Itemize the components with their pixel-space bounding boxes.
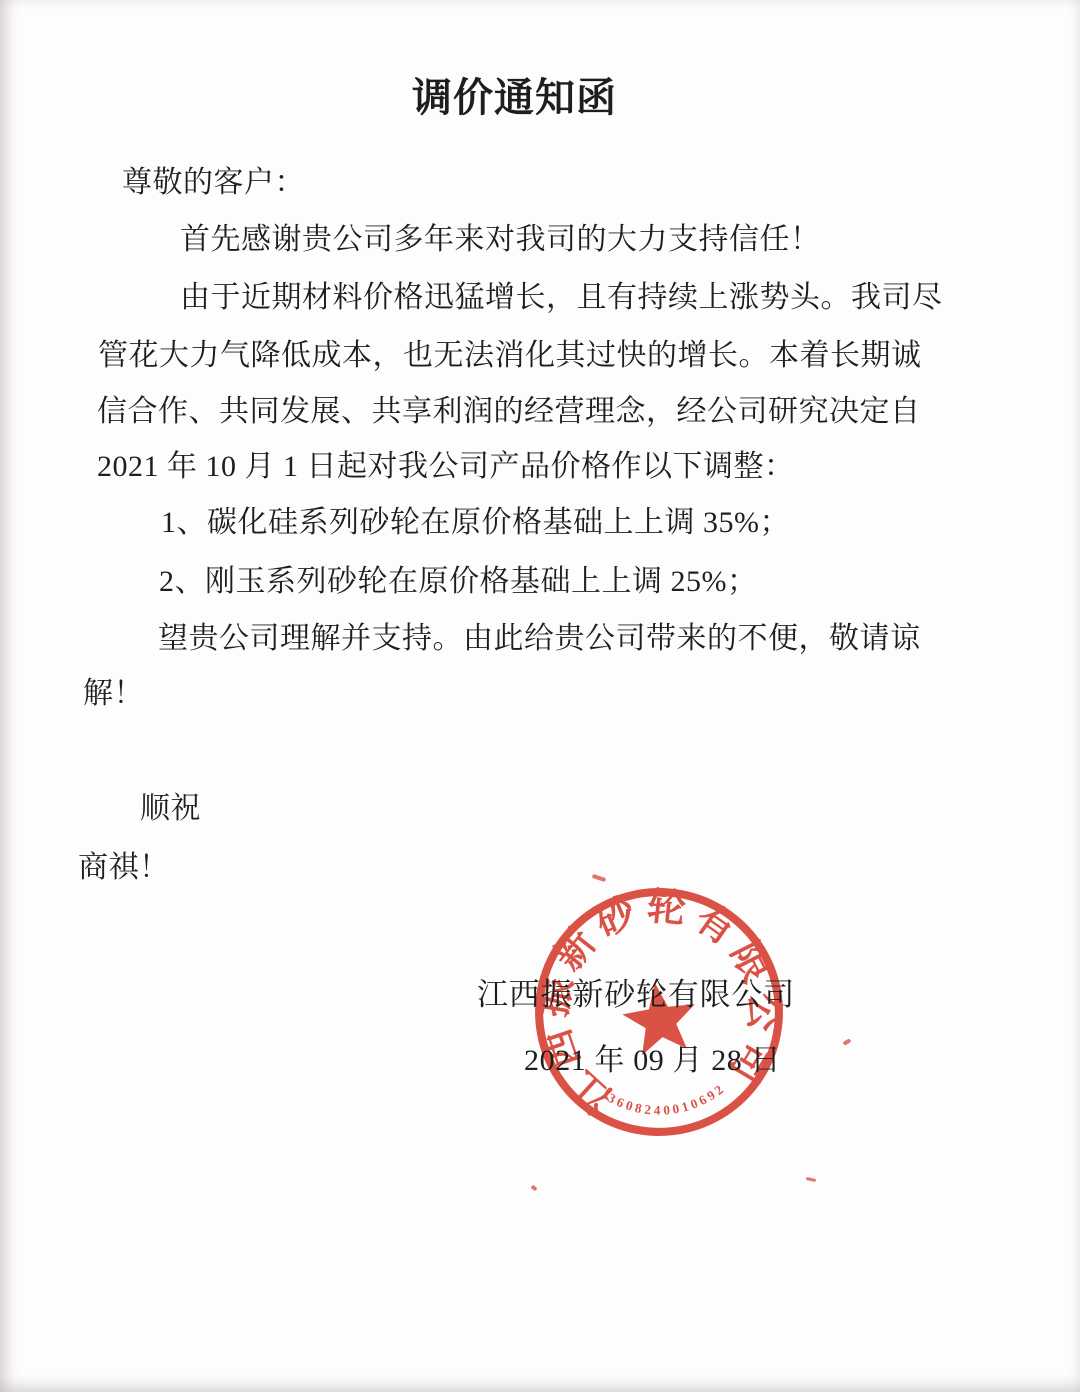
signature-date: 2021 年 09 月 28 日 bbox=[524, 1035, 781, 1079]
body-line-effective-date: 2021 年 10 月 1 日起对我公司产品价格作以下调整： bbox=[97, 441, 795, 485]
closing-wish-line-1: 顺祝 bbox=[140, 783, 201, 827]
body-line-reason-1: 由于近期材料价格迅猛增长，且有持续上涨势头。我司尽 bbox=[180, 272, 943, 316]
adjustment-item-1: 1、碳化硅系列砂轮在原价格基础上上调 35%； bbox=[161, 497, 790, 541]
adjustment-item-2: 2、刚玉系列砂轮在原价格基础上上调 25%； bbox=[159, 556, 758, 600]
closing-wish-line-2: 商祺！ bbox=[78, 842, 170, 886]
ink-speck bbox=[843, 1038, 852, 1045]
salutation-line: 尊敬的客户： bbox=[122, 157, 305, 201]
body-line-reason-3: 信合作、共同发展、共享利润的经营理念，经公司研究决定自 bbox=[97, 386, 921, 430]
ink-speck bbox=[592, 874, 607, 882]
body-line-apology-1: 望贵公司理解并支持。由此给贵公司带来的不便，敬请谅 bbox=[158, 613, 921, 657]
signature-company-name: 江西振新砂轮有限公司 bbox=[477, 969, 795, 1014]
body-line-thanks: 首先感谢贵公司多年来对我司的大力支持信任！ bbox=[180, 214, 821, 258]
scanned-letter-page: 调价通知函 尊敬的客户： 首先感谢贵公司多年来对我司的大力支持信任！ 由于近期材… bbox=[0, 0, 1080, 1392]
document-title: 调价通知函 bbox=[412, 66, 617, 123]
ink-speck bbox=[530, 1185, 537, 1192]
body-line-reason-2: 管花大力气降低成本，也无法消化其过快的增长。本着长期诚 bbox=[98, 330, 922, 374]
body-line-apology-2: 解！ bbox=[83, 668, 144, 712]
ink-speck bbox=[806, 1177, 816, 1182]
